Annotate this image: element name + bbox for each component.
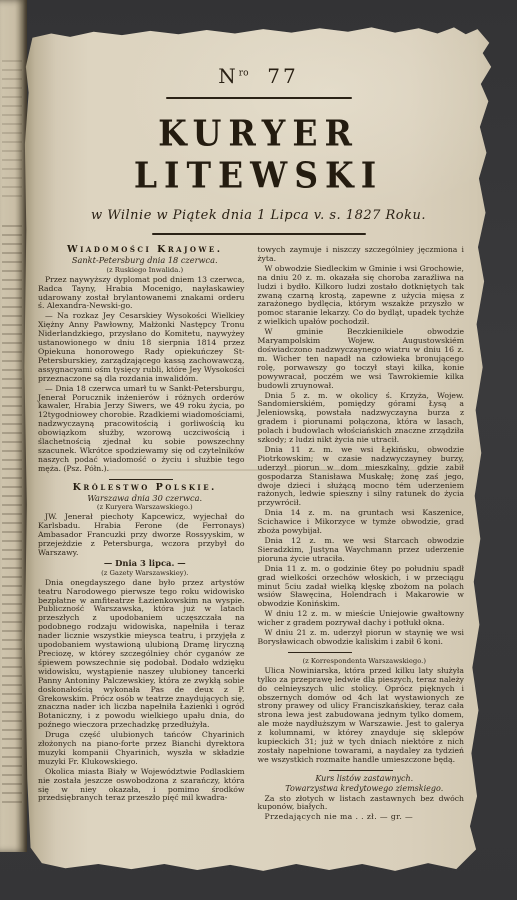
source-note-korrespondent: (z Korrespondenta Warszawskiego.) [258,657,465,666]
section-heading-krajowe: Wiadomości Krajowe. [38,246,245,255]
facing-page-edge [0,0,27,852]
section-divider-rule [329,770,393,771]
facing-page-text-noise [2,60,22,200]
section-divider-rule [288,652,352,653]
paragraph: — Na rozkaz Jey Cesarskiey Wysokości Wie… [38,312,245,383]
masthead-dateline: w Wilnie w Piątek dnia 1 Lipca v. s. 182… [23,208,494,223]
kurs-quote-line: Przedających nie ma . . zł. — gr. — [258,813,465,822]
paragraph: W gminie Beczkienikiele obwodzie Maryamp… [258,328,465,390]
paragraph: W dniu 12 z. m. w mieście Uniejowie gwał… [258,610,465,628]
section-divider-rule [109,479,173,480]
kurs-line: Za sto złotych w listach zastawnych bez … [258,795,465,813]
kurs-subheading: Towarzystwa kredytowego ziemskiego. [258,785,465,794]
paragraph: Dnia 11 z. m. we wsi Łękińsku, obwodzie … [258,446,465,508]
issue-number-n: N [218,64,239,88]
kurs-heading: Kurs listów zastawnych. [258,775,465,784]
paragraph: towych zaymuje i niszczy szczególniey ję… [258,246,465,264]
paragraph: W obwodzie Siedleckim w Gminie i wsi Gro… [258,265,465,327]
paragraph: Dnia 11 z. m. o godzinie 6tey po południ… [258,565,465,610]
masthead: Nro 77 KURYER LITEWSKI w Wilnie w Piątek… [23,24,494,235]
paragraph: JW. Jenerał piechoty Kapcewicz, wyjechał… [38,513,245,558]
masthead-rule-top [166,97,352,99]
paragraph: Dnia 14 z. m. na gruntach wsi Kaszenice,… [258,509,465,536]
paragraph: Dnia onegdayszego dane było przez artyst… [38,579,245,730]
paragraph: Druga część ulubionych tańców Chyarinich… [38,731,245,767]
paragraph: Przez naywyższy dyplomat pod dniem 13 cz… [38,276,245,312]
facing-page-text-noise [2,225,22,805]
section-dateline-petersburg: Sankt-Petersburg dnia 18 czerwca. [38,256,245,265]
source-note-inwalid: (z Ruskiego Inwalida.) [38,266,245,275]
source-note-kuryer: (z Kuryera Warszawskiego.) [38,503,245,512]
source-note-gazeta: (z Gazety Warszawskiey). [38,569,245,578]
issue-number-superscript: ro [239,68,249,78]
paragraph: Dnia 5 z. m. w okolicy ś. Krzyża, Wojew.… [258,392,465,445]
section-heading-krolestwo: Królestwo Polskie. [38,484,245,493]
scanned-newspaper-photo: { "colors": { "background": "#38383a", "… [0,0,517,900]
left-column: Wiadomości Krajowe. Sankt-Petersburg dni… [38,246,245,823]
article-columns: Wiadomości Krajowe. Sankt-Petersburg dni… [23,235,494,823]
paragraph: — Dnia 18 czerwca umarł tu w Sankt-Peter… [38,385,245,474]
paragraph: Okolica miasta Biały w Województwie Podl… [38,768,245,804]
issue-number: Nro 77 [23,64,494,88]
paragraph: Ulica Nowiniarska, która przed kilku lat… [258,667,465,765]
sub-dateline-3-lipca: — Dnia 3 lipca. — [38,559,245,568]
section-dateline-warszawa: Warszawa dnia 30 czerwca. [38,494,245,503]
paper-crease [42,469,471,471]
paragraph: Dnia 12 z. m. we wsi Starcach obwodzie S… [258,537,465,564]
newspaper-title: KURYER LITEWSKI [23,112,494,196]
paragraph: W dniu 21 z. m. uderzył piorun w staynię… [258,629,465,647]
issue-number-value: 77 [267,64,298,88]
right-column: towych zaymuje i niszczy szczególniey ję… [258,246,465,823]
newspaper-page: Nro 77 KURYER LITEWSKI w Wilnie w Piątek… [23,24,494,882]
